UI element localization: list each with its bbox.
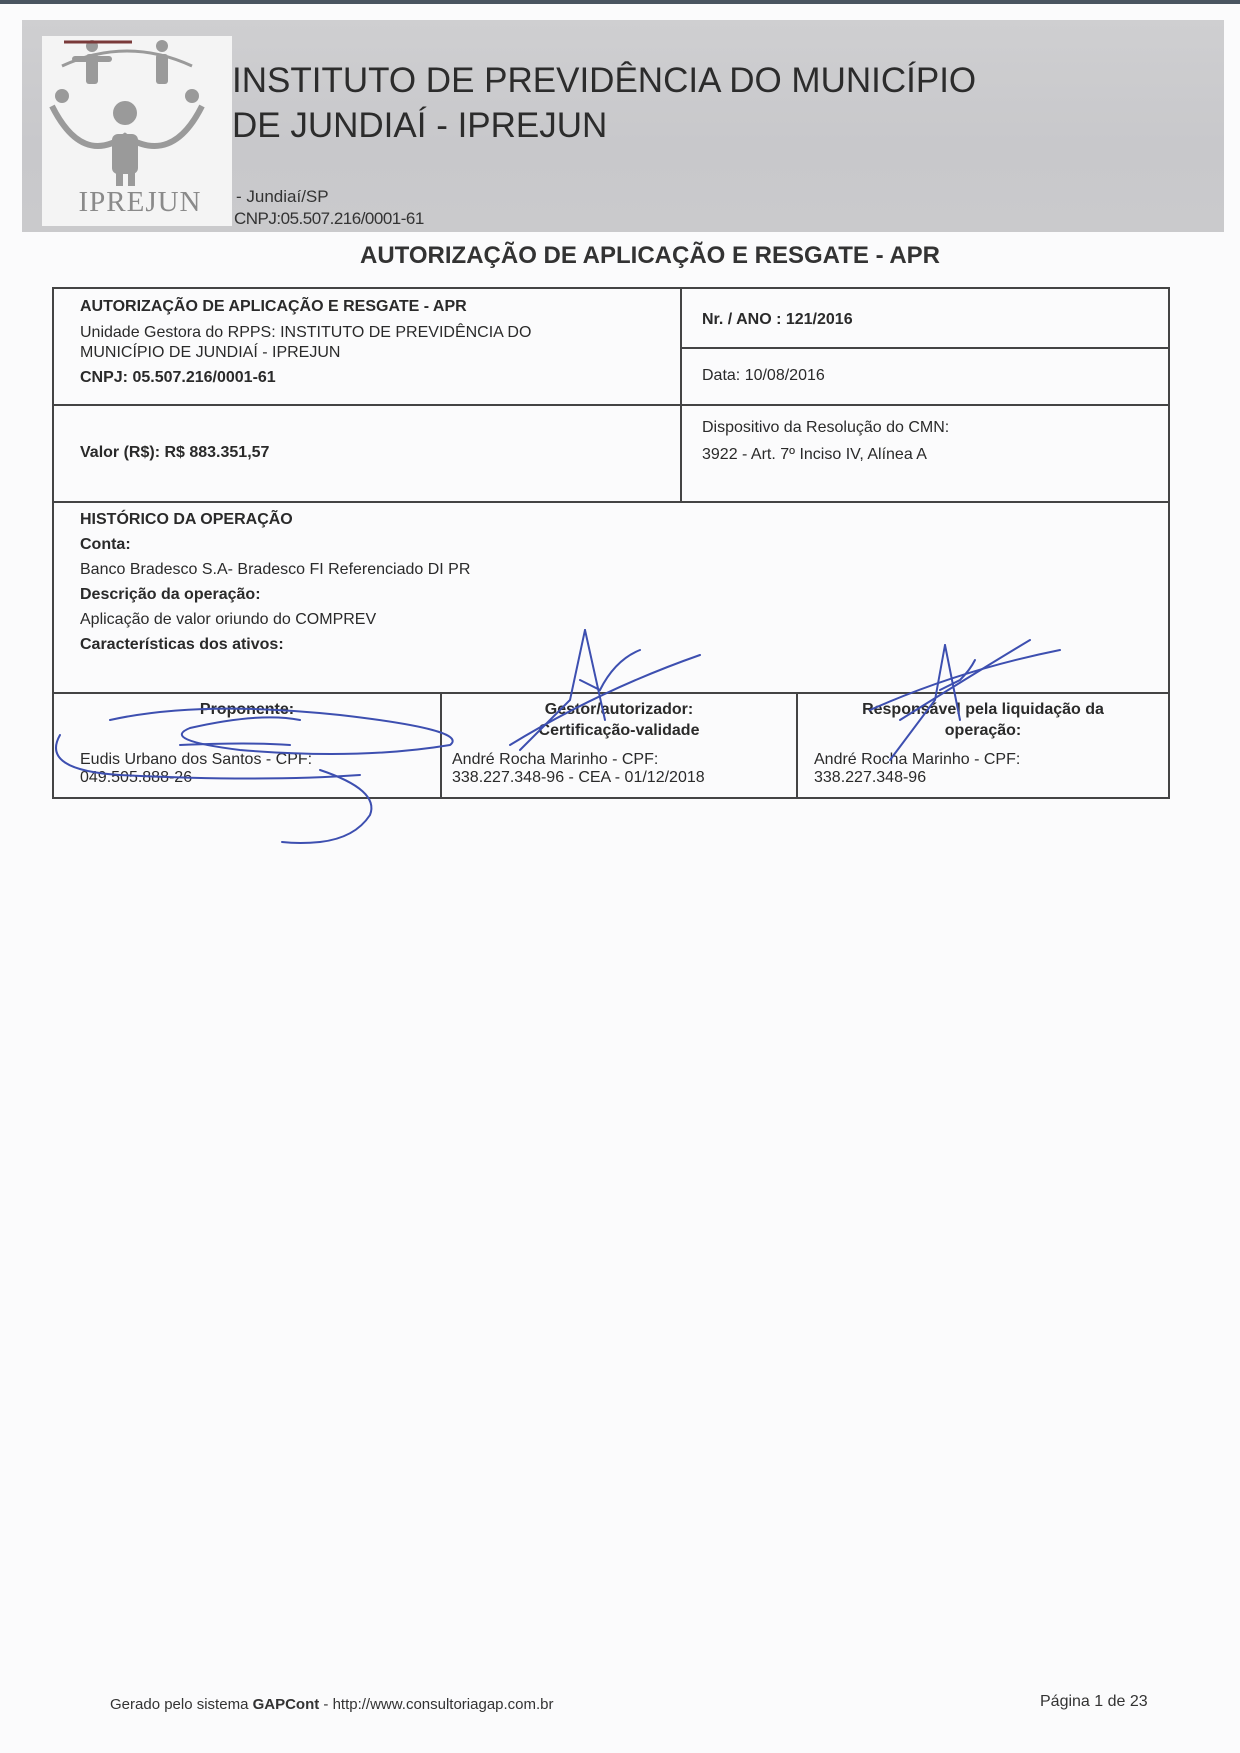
section-title: AUTORIZAÇÃO DE APLICAÇÃO E RESGATE - APR (80, 297, 670, 317)
signature-heading: Responsável pela liquidação da (814, 699, 1152, 720)
caracteristicas-label: Características dos ativos: (80, 632, 1080, 657)
page-indicator: Página 1 de 23 (1040, 1693, 1148, 1711)
organization-name: INSTITUTO DE PREVIDÊNCIA DO MUNICÍPIO DE… (232, 58, 1132, 148)
org-city: - Jundiaí/SP (236, 187, 329, 207)
signatory-name: André Rocha Marinho - CPF: 338.227.348-9… (814, 751, 1152, 787)
signature-heading: Gestor/autorizador: (452, 699, 786, 720)
unidade-gestora-cell: AUTORIZAÇÃO DE APLICAÇÃO E RESGATE - APR… (80, 297, 670, 388)
historico-title: HISTÓRICO DA OPERAÇÃO (80, 507, 1080, 532)
org-name-line2: DE JUNDIAÍ - IPREJUN (232, 103, 1132, 148)
footer-generated-by: Gerado pelo sistema GAPCont - http://www… (110, 1696, 554, 1713)
scan-top-edge (0, 0, 1240, 4)
conta-label: Conta: (80, 532, 1080, 557)
signature-proponente: Proponente: Eudis Urbano dos Santos - CP… (54, 699, 440, 787)
iprejun-logo: IPREJUN (42, 36, 232, 226)
descricao-value: Aplicação de valor oriundo do COMPREV (80, 607, 1080, 632)
signatory-name: Eudis Urbano dos Santos - CPF: 049.505.8… (80, 751, 414, 787)
descricao-label: Descrição da operação: (80, 582, 1080, 607)
signature-heading: Proponente: (80, 699, 414, 720)
signature-gestor: Gestor/autorizador: Certificação-validad… (442, 699, 796, 787)
conta-value: Banco Bradesco S.A- Bradesco FI Referenc… (80, 557, 1080, 582)
apr-form-table: AUTORIZAÇÃO DE APLICAÇÃO E RESGATE - APR… (52, 287, 1170, 799)
unidade-gestora-line1: Unidade Gestora do RPPS: INSTITUTO DE PR… (80, 323, 670, 343)
logo-wordmark: IPREJUN (50, 186, 230, 219)
valor-field: Valor (R$): R$ 883.351,57 (80, 444, 269, 462)
system-link[interactable]: - http://www.consultoriagap.com.br (319, 1696, 553, 1713)
numero-ano-field: Nr. / ANO : 121/2016 (702, 311, 853, 329)
unidade-gestora-line2: MUNICÍPIO DE JUNDIAÍ - IPREJUN (80, 343, 670, 363)
data-field: Data: 10/08/2016 (702, 367, 825, 385)
org-name-line1: INSTITUTO DE PREVIDÊNCIA DO MUNICÍPIO (232, 58, 1132, 103)
document-title: AUTORIZAÇÃO DE APLICAÇÃO E RESGATE - APR (0, 242, 1240, 270)
dispositivo-cell: Dispositivo da Resolução do CMN: 3922 - … (702, 414, 1152, 468)
cnpj-field: CNPJ: 05.507.216/0001-61 (80, 368, 670, 388)
dispositivo-value: 3922 - Art. 7º Inciso IV, Alínea A (702, 441, 1152, 468)
signature-responsavel: Responsável pela liquidação da operação:… (798, 699, 1168, 787)
dispositivo-label: Dispositivo da Resolução do CMN: (702, 414, 1152, 441)
historico-cell: HISTÓRICO DA OPERAÇÃO Conta: Banco Brade… (80, 507, 1080, 657)
system-name: GAPCont (253, 1696, 320, 1713)
org-cnpj: CNPJ:05.507.216/0001-61 (234, 209, 424, 229)
signatory-name: André Rocha Marinho - CPF: 338.227.348-9… (452, 751, 786, 787)
